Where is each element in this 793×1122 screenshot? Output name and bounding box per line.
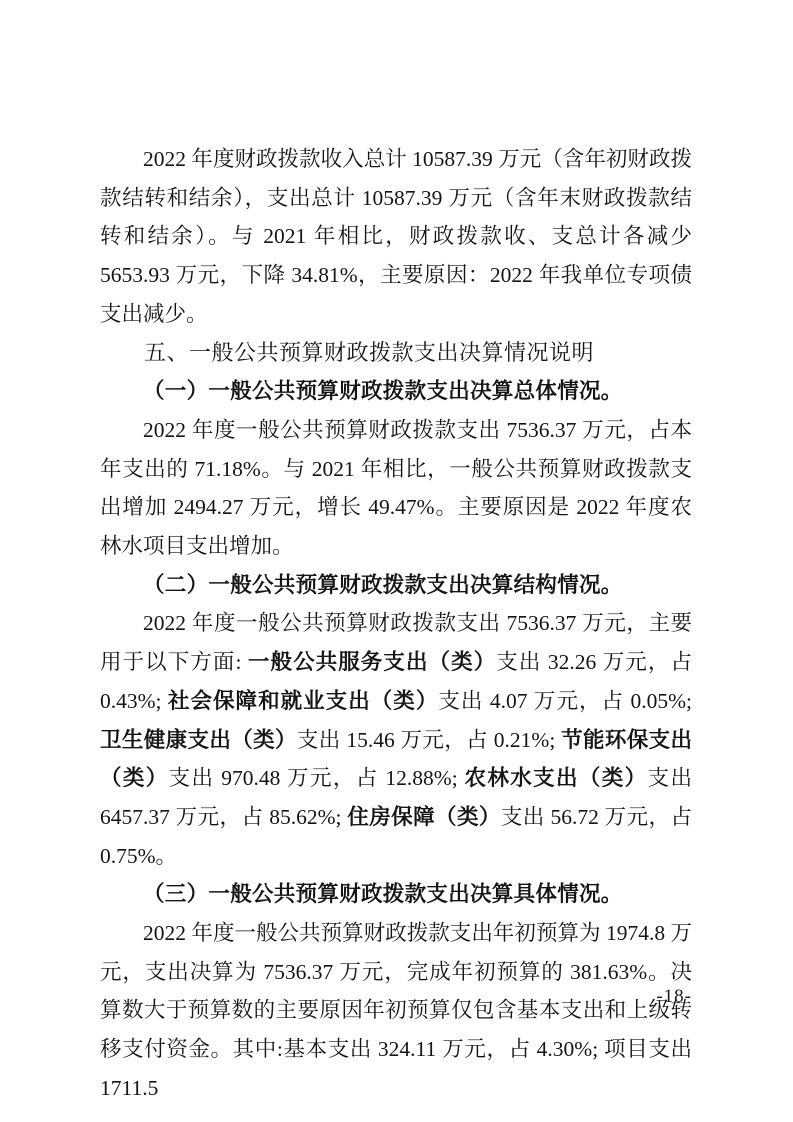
heading-subsection-two: （二）一般公共预算财政拨款支出决算结构情况。 — [100, 566, 692, 605]
category-housing-security: 住房保障（类） — [347, 805, 501, 829]
structure-value-social-security-employment: 支出 4.07 万元，占 0.05%; — [438, 689, 692, 713]
para-fiscal-appropriation-summary: 2022 年度财政拨款收入总计 10587.39 万元（含年初财政拨款结转和结余… — [100, 140, 692, 334]
category-general-public-services: 一般公共服务支出（类） — [248, 650, 496, 674]
category-agriculture-forestry-water: 农林水支出（类） — [464, 766, 647, 790]
page-number: -18- — [656, 986, 692, 1008]
structure-value-health: 支出 15.46 万元，占 0.21%; — [297, 728, 561, 752]
document-page: 2022 年度财政拨款收入总计 10587.39 万元（含年初财政拨款结转和结余… — [0, 0, 793, 1122]
structure-value-energy-conservation-environment: 支出 970.48 万元，占 12.88%; — [169, 766, 465, 790]
category-social-security-employment: 社会保障和就业支出（类） — [168, 689, 438, 713]
heading-subsection-one: （一）一般公共预算财政拨款支出决算总体情况。 — [100, 372, 692, 411]
para-overall-situation: 2022 年度一般公共预算财政拨款支出 7536.37 万元，占本年支出的 71… — [100, 411, 692, 566]
para-expenditure-structure: 2022 年度一般公共预算财政拨款支出 7536.37 万元，主要用于以下方面:… — [100, 604, 692, 875]
heading-section-five: 五、一般公共预算财政拨款支出决算情况说明 — [100, 334, 692, 373]
document-body: 2022 年度财政拨款收入总计 10587.39 万元（含年初财政拨款结转和结余… — [100, 140, 692, 1108]
heading-subsection-three: （三）一般公共预算财政拨款支出决算具体情况。 — [100, 875, 692, 914]
para-specific-situation: 2022 年度一般公共预算财政拨款支出年初预算为 1974.8 万元，支出决算为… — [100, 914, 692, 1108]
category-health: 卫生健康支出（类） — [100, 728, 297, 752]
